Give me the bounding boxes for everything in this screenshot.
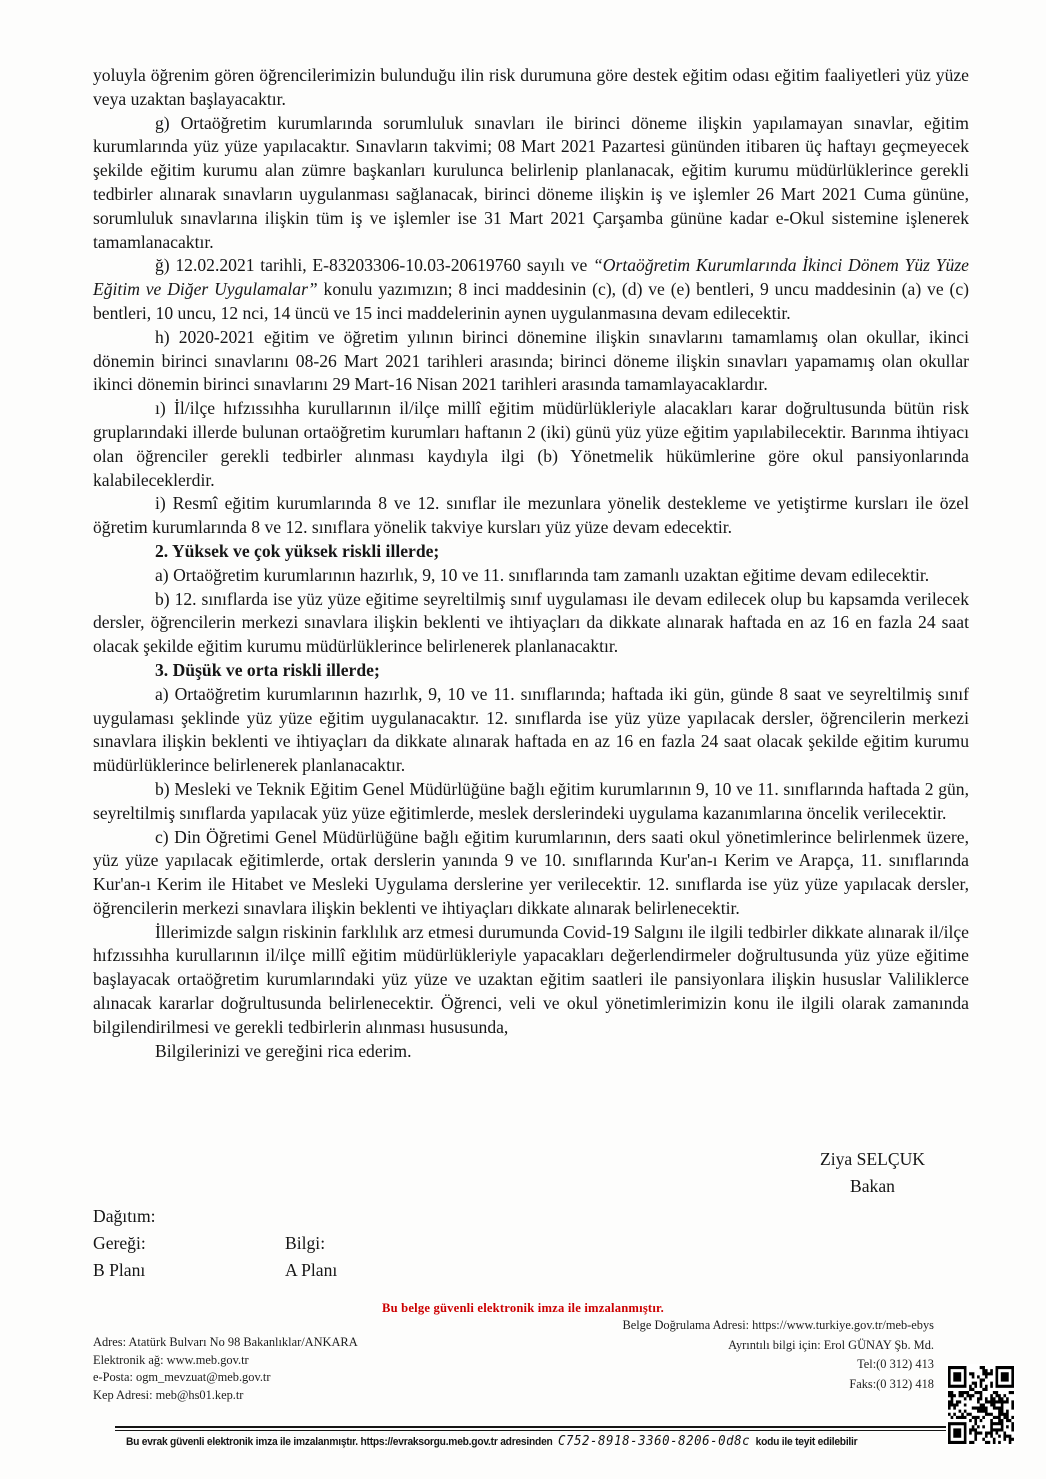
esignature-note: Bu belge güvenli elektronik imza ile imz… xyxy=(0,1301,1046,1316)
signer-title: Bakan xyxy=(770,1173,975,1200)
distribution-bilgi-label: Bilgi: xyxy=(285,1230,325,1257)
paragraph-3a: a) Ortaöğretim kurumlarının hazırlık, 9,… xyxy=(93,683,969,778)
paragraph-gg: ğ) 12.02.2021 tarihli, E-83203306-10.03-… xyxy=(93,254,969,325)
footer-contact-left: Adres: Atatürk Bulvarı No 98 Bakanlıklar… xyxy=(93,1334,358,1404)
distribution-geregi-label: Gereği: xyxy=(93,1230,285,1257)
distribution-heading: Dağıtım: xyxy=(93,1203,337,1230)
verification-text-after: kodu ile teyit edilebilir xyxy=(756,1436,858,1448)
verification-bar: Bu evrak güvenli elektronik imza ile imz… xyxy=(126,1434,924,1449)
footer-email: e-Posta: ogm_mevzuat@meb.gov.tr xyxy=(93,1369,358,1387)
paragraph-h: h) 2020-2021 eğitim ve öğretim yılının b… xyxy=(93,326,969,397)
verification-text-before: Bu evrak güvenli elektronik imza ile imz… xyxy=(126,1436,553,1448)
footer-web: Elektronik ağ: www.meb.gov.tr xyxy=(93,1352,358,1370)
signature-block: Ziya SELÇUK Bakan xyxy=(770,1146,975,1200)
footer-contact-person: Ayrıntılı bilgi için: Erol GÜNAY Şb. Md. xyxy=(622,1336,934,1356)
footer-address: Adres: Atatürk Bulvarı No 98 Bakanlıklar… xyxy=(93,1334,358,1352)
verification-code: C752-8918-3360-8206-0d8c xyxy=(555,1434,753,1449)
footer-verify-address: Belge Doğrulama Adresi: https://www.turk… xyxy=(622,1316,934,1336)
section-heading-3: 3. Düşük ve orta riskli illerde; xyxy=(93,659,969,683)
qr-code xyxy=(946,1364,1016,1446)
paragraph-2a: a) Ortaöğretim kurumlarının hazırlık, 9,… xyxy=(93,564,969,588)
section-heading-2: 2. Yüksek ve çok yüksek riskli illerde; xyxy=(93,540,969,564)
footer-rule xyxy=(115,1426,985,1431)
closing-line: Bilgilerinizi ve gereğini rica ederim. xyxy=(93,1040,969,1064)
paragraph-3c: c) Din Öğretimi Genel Müdürlüğüne bağlı … xyxy=(93,826,969,921)
distribution-block: Dağıtım: Gereği: Bilgi: B Planı A Planı xyxy=(93,1203,337,1284)
footer-kep: Kep Adresi: meb@hs01.kep.tr xyxy=(93,1387,358,1405)
letter-body: yoluyla öğrenim gören öğrencilerimizin b… xyxy=(93,64,969,1063)
distribution-a-plan: A Planı xyxy=(285,1257,337,1284)
footer-fax: Faks:(0 312) 418 xyxy=(622,1375,934,1395)
paragraph-i-dotless: ı) İl/ilçe hıfzıssıhha kurullarının il/i… xyxy=(93,397,969,492)
paragraph-i: i) Resmî eğitim kurumlarında 8 ve 12. sı… xyxy=(93,492,969,540)
footer-tel: Tel:(0 312) 413 xyxy=(622,1355,934,1375)
paragraph-continuation: yoluyla öğrenim gören öğrencilerimizin b… xyxy=(93,64,969,112)
paragraph-g: g) Ortaöğretim kurumlarında sorumluluk s… xyxy=(93,112,969,255)
footer-contact-right: Belge Doğrulama Adresi: https://www.turk… xyxy=(622,1316,934,1394)
distribution-b-plan: B Planı xyxy=(93,1257,285,1284)
paragraph-3b: b) Mesleki ve Teknik Eğitim Genel Müdürl… xyxy=(93,778,969,826)
document-page: yoluyla öğrenim gören öğrencilerimizin b… xyxy=(0,0,1046,1479)
paragraph-gg-prefix: ğ) 12.02.2021 tarihli, E-83203306-10.03-… xyxy=(155,255,593,275)
paragraph-2b: b) 12. sınıflarda ise yüz yüze eğitime s… xyxy=(93,588,969,659)
paragraph-final: İllerimizde salgın riskinin farklılık ar… xyxy=(93,921,969,1040)
signer-name: Ziya SELÇUK xyxy=(770,1146,975,1173)
